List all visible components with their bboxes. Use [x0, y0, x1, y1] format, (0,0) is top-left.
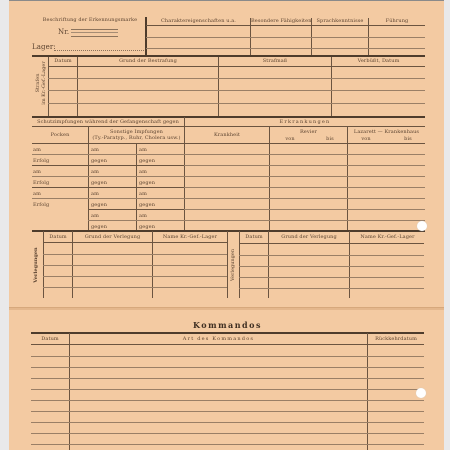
sonstige-am: am: [139, 213, 147, 219]
col-krankheit: Krankheit: [185, 132, 269, 138]
sonstige-am: am: [139, 169, 147, 175]
punch-hole: [416, 388, 426, 398]
row-line: [239, 243, 424, 244]
row-line: [31, 389, 424, 390]
row-line: [31, 411, 424, 412]
lazarett-von: von: [356, 136, 376, 142]
row-line: [31, 356, 424, 357]
row-line: [48, 78, 425, 79]
col-sonstige-sub: (Ty.-Paratyp., Ruhr, Cholera usw.): [89, 135, 184, 141]
col-strafmass: Strafmaß: [219, 58, 331, 64]
pocken-am: am: [33, 169, 41, 175]
col-faehigkeiten: Besondere Fähigkeiten: [251, 18, 311, 24]
col-pocken: Pocken: [32, 132, 88, 138]
row-line: [239, 277, 424, 278]
col-revier: Revier: [270, 129, 347, 135]
col-rueckkehr: Rückkehrdatum: [368, 336, 424, 342]
row-line: [184, 187, 425, 188]
verlegungen-side-label: Verlegungen: [34, 235, 40, 295]
row-line: [88, 187, 184, 188]
impfungen-title: Schutzimpfungen während der Gefangenscha…: [32, 119, 184, 125]
col-art: Art des Kommandos: [70, 336, 367, 342]
punch-hole: [417, 221, 427, 231]
col-grund-2: Grund der Verlegung: [269, 234, 349, 240]
row-line: [43, 254, 227, 255]
row-line: [32, 126, 425, 127]
row-line: [88, 198, 184, 199]
divider: [88, 126, 89, 230]
col-datum: Datum: [31, 336, 69, 342]
sonstige-gegen: gegen: [91, 180, 107, 186]
sonstige-am: am: [91, 147, 99, 153]
tag-label: Beschriftung der Erkennungsmarke: [40, 17, 140, 23]
fold-line: [9, 307, 444, 310]
sonstige-gegen: gegen: [139, 180, 155, 186]
row-line: [184, 176, 425, 177]
sonstige-am: am: [139, 147, 147, 153]
row-line: [43, 276, 227, 277]
pocken-erfolg: Erfolg: [33, 158, 49, 164]
divider: [227, 231, 228, 298]
row-line: [88, 176, 184, 177]
row-line: [48, 66, 425, 67]
lager-field[interactable]: [54, 50, 144, 51]
col-lazarett: Lazarett — Krankenhaus: [348, 129, 425, 135]
col-charakter: Charaktereigenschaften u.a.: [147, 18, 250, 24]
col-lager: Name Kr.-Gef.-Lager: [153, 234, 227, 240]
row-line: [239, 288, 424, 289]
col-fuehrung: Führung: [369, 18, 425, 24]
row-line: [184, 198, 425, 199]
divider: [347, 126, 348, 230]
row-line: [32, 143, 425, 144]
row-line: [32, 187, 88, 188]
kommandos-title: Kommandos: [31, 321, 424, 330]
col-grund: Grund der Verlegung: [73, 234, 152, 240]
sonstige-gegen: gegen: [139, 202, 155, 208]
sonstige-am: am: [91, 213, 99, 219]
row-line: [32, 165, 88, 166]
row-line: [146, 25, 425, 26]
row-line: [31, 378, 424, 379]
col-verbuesst: Verbüßt, Datum: [332, 58, 425, 64]
divider: [269, 126, 270, 230]
verlegungen-side-label-2: Verlegungen: [231, 235, 237, 295]
revier-bis: bis: [320, 136, 340, 142]
row-line: [31, 367, 424, 368]
row-line: [146, 48, 425, 49]
col-sprachen: Sprachkenntnisse: [312, 18, 368, 24]
section-rule: [32, 55, 425, 57]
sonstige-gegen: gegen: [91, 158, 107, 164]
pocken-erfolg: Erfolg: [33, 202, 49, 208]
lazarett-bis: bis: [398, 136, 418, 142]
row-line: [88, 165, 184, 166]
sonstige-am: am: [91, 169, 99, 175]
pocken-am: am: [33, 147, 41, 153]
row-line: [184, 209, 425, 210]
col-datum: Datum: [49, 58, 77, 64]
col-datum-2: Datum: [240, 234, 268, 240]
section-rule: [31, 332, 424, 334]
row-line: [88, 154, 184, 155]
col-grund: Grund der Bestrafung: [78, 58, 218, 64]
row-line: [48, 103, 425, 104]
paper-card: [9, 0, 444, 450]
col-datum: Datum: [44, 234, 72, 240]
row-line: [88, 209, 184, 210]
pocken-erfolg: Erfolg: [33, 180, 49, 186]
sonstige-am: am: [139, 191, 147, 197]
row-line: [43, 242, 227, 243]
pocken-am: am: [33, 191, 41, 197]
section-rule: [32, 116, 425, 118]
row-line: [239, 266, 424, 267]
row-line: [32, 154, 88, 155]
nr-label: Nr.: [58, 28, 69, 36]
row-line: [184, 165, 425, 166]
row-line: [146, 37, 425, 38]
row-line: [88, 220, 184, 221]
row-line: [31, 344, 424, 345]
row-line: [31, 444, 424, 445]
row-line: [32, 176, 88, 177]
nr-field[interactable]: [71, 29, 118, 37]
col-lager-2: Name Kr.-Gef.-Lager: [350, 234, 425, 240]
row-line: [31, 422, 424, 423]
sonstige-gegen: gegen: [139, 158, 155, 164]
row-line: [48, 90, 425, 91]
row-line: [43, 287, 227, 288]
paper-edge: [9, 0, 444, 1]
row-line: [32, 198, 88, 199]
row-line: [184, 220, 425, 221]
section-rule: [32, 230, 425, 232]
row-line: [184, 154, 425, 155]
row-line: [43, 265, 227, 266]
sonstige-am: am: [91, 191, 99, 197]
sonstige-gegen: gegen: [91, 202, 107, 208]
row-line: [31, 433, 424, 434]
revier-von: von: [280, 136, 300, 142]
erkrankungen-title: Erkrankungen: [185, 119, 425, 125]
row-line: [31, 400, 424, 401]
row-line: [239, 255, 424, 256]
